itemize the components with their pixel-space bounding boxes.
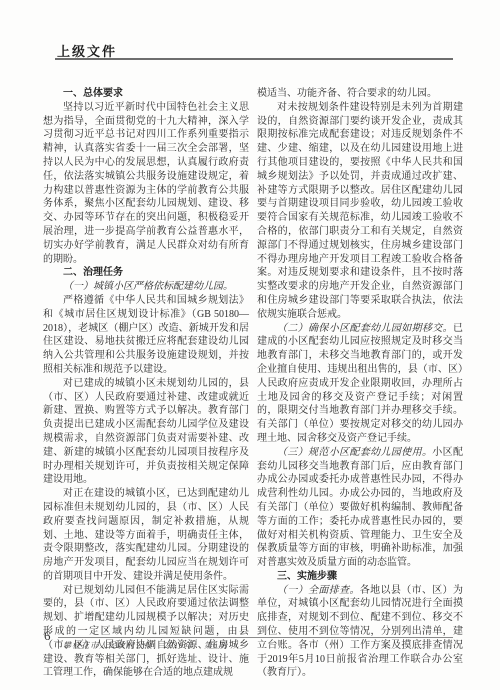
item-heading: （一）城镇小区严格依标配建幼儿园。 bbox=[43, 280, 249, 294]
footer-page-number: 6 bbox=[44, 628, 51, 644]
footer-issue: 第6期 bbox=[204, 641, 227, 650]
item-heading-lead: （二）确保小区配套幼儿园如期移交。 bbox=[277, 323, 453, 334]
paragraph: （三）规范小区配套幼儿园使用。小区配套幼儿园移交当地教育部门后，应由教育部门办成… bbox=[257, 446, 463, 570]
paragraph: 坚持以习近平新时代中国特色社会主义思想为指导，全面贯彻党的十九大精神，深入学习贯… bbox=[43, 101, 249, 267]
paragraph: （二）确保小区配套幼儿园如期移交。已建成的小区配套幼儿园应按照规定及时移交当地教… bbox=[257, 322, 463, 446]
section-heading: 一、总体要求 bbox=[43, 87, 249, 101]
paragraph: 对正在建设的城镇小区，已达到配建幼儿园标准但未规划幼儿园的，县（市、区）人民政府… bbox=[43, 487, 249, 584]
paragraph: （一）全面排查。各地以县（市、区）为单位，对城镇小区配套幼儿园情况进行全面摸底排… bbox=[257, 584, 463, 681]
paragraph: 模适当、功能齐备、符合要求的幼儿园。 bbox=[257, 87, 463, 101]
paragraph-text: 各地以县（市、区）为单位，对城镇小区配套幼儿园情况进行全面摸底排查，对规划不到位… bbox=[257, 585, 463, 679]
column-right: 模适当、功能齐备、符合要求的幼儿园。对未按规划条件建设特别是未列为首期建设的，自… bbox=[257, 87, 463, 622]
header-rule bbox=[55, 58, 453, 60]
section-heading: 三、实施步骤 bbox=[257, 570, 463, 584]
footer-rule bbox=[58, 637, 453, 638]
section-heading: 二、治理任务 bbox=[43, 266, 249, 280]
paragraph: 对已规划幼儿园但不能满足居住区实际需要的，县（市、区）人民政府要通过依法调整规划… bbox=[43, 584, 249, 681]
footer-journal-title: 攀枝花市人民政府公报 bbox=[63, 641, 153, 650]
paragraph: 对已建成的城镇小区未规划幼儿园的，县（市、区）人民政府要通过补建、改建或就近新建… bbox=[43, 377, 249, 487]
paragraph: 对未按规划条件建设特别是未列为首期建设的，自然资源部门要约谈开发企业，责成其限期… bbox=[257, 101, 463, 322]
document-body: 一、总体要求坚持以习近平新时代中国特色社会主义思想为指导，全面贯彻党的十九大精神… bbox=[43, 87, 463, 622]
document-page: 上级文件 一、总体要求坚持以习近平新时代中国特色社会主义思想为指导，全面贯彻党的… bbox=[0, 0, 500, 690]
footer-citation: 攀枝花市人民政府公报 2019年 第6期 bbox=[63, 640, 235, 651]
item-heading-lead: （三）规范小区配套幼儿园使用。 bbox=[277, 447, 432, 458]
paragraph-text: 小区配套幼儿园移交当地教育部门后，应由教育部门办成公办园或委托办成普惠性民办园，… bbox=[257, 447, 463, 568]
item-heading-lead: （一）全面排查。 bbox=[277, 585, 360, 596]
column-left: 一、总体要求坚持以习近平新时代中国特色社会主义思想为指导，全面贯彻党的十九大精神… bbox=[43, 87, 249, 622]
paragraph: 严格遵循《中华人民共和国城乡规划法》和《城市居住区规划设计标准》（GB 5018… bbox=[43, 294, 249, 377]
paragraph-text: 已建成的小区配套幼儿园应按照规定及时移交当地教育部门，未移交当地教育部门的，或开… bbox=[257, 323, 463, 444]
footer-year: 2019年 bbox=[164, 641, 193, 650]
